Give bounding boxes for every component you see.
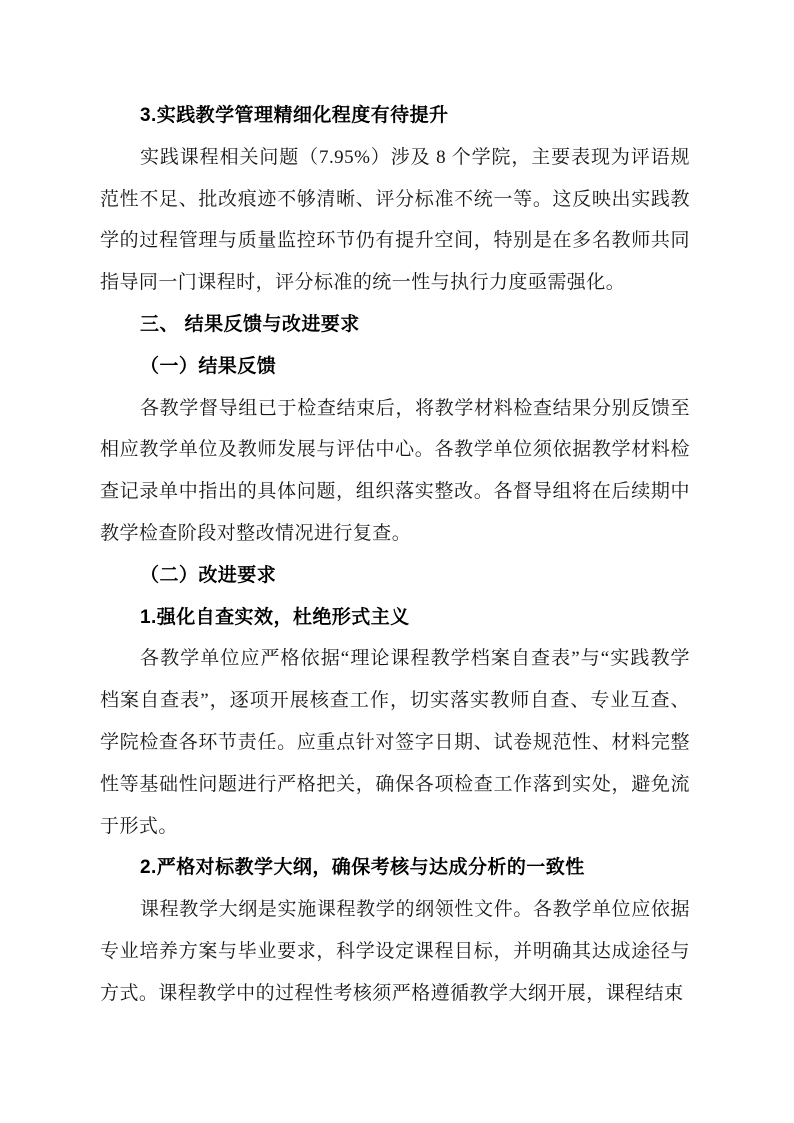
heading-sub-one-result-feedback: （一）结果反馈 bbox=[100, 346, 690, 388]
heading-section-three-feedback-and-improvement: 三、 结果反馈与改进要求 bbox=[100, 304, 690, 346]
heading-align-with-syllabus: 2.严格对标教学大纲，确保考核与达成分析的一致性 bbox=[100, 847, 690, 889]
paragraph-self-check-requirements: 各教学单位应严格依据“理论课程教学档案自查表”与“实践教学档案自查表”，逐项开展… bbox=[100, 638, 690, 847]
paragraph-syllabus-requirements-truncated: 课程教学大纲是实施课程教学的纲领性文件。各教学单位应依据专业培养方案与毕业要求，… bbox=[100, 889, 690, 1014]
paragraph-supervision-feedback: 各教学督导组已于检查结束后，将教学材料检查结果分别反馈至相应教学单位及教师发展与… bbox=[100, 388, 690, 555]
paragraph-practical-course-issues: 实践课程相关问题（7.95%）涉及 8 个学院，主要表现为评语规范性不足、批改痕… bbox=[100, 137, 690, 304]
heading-practical-teaching-management: 3.实践教学管理精细化程度有待提升 bbox=[100, 95, 690, 137]
heading-strengthen-self-check: 1.强化自查实效，杜绝形式主义 bbox=[100, 597, 690, 639]
heading-sub-two-improvement-requirements: （二）改进要求 bbox=[100, 555, 690, 597]
document-page: 3.实践教学管理精细化程度有待提升 实践课程相关问题（7.95%）涉及 8 个学… bbox=[0, 0, 794, 1123]
